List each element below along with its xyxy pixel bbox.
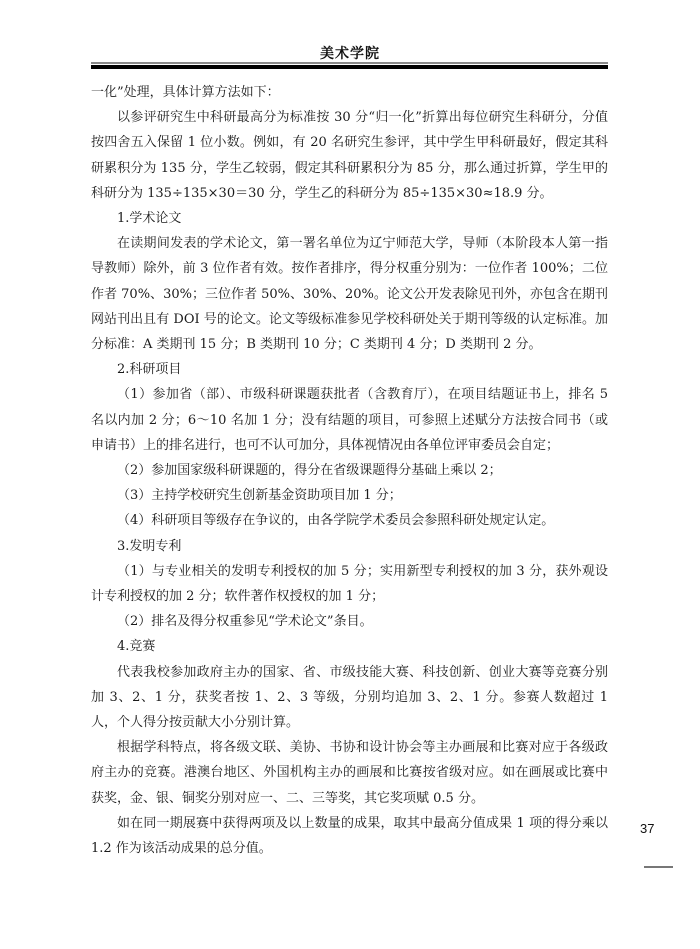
page-number-rule xyxy=(644,866,673,868)
paragraph-projects-2: （2）参加国家级科研课题的，得分在省级课题得分基础上乘以 2； xyxy=(91,458,608,483)
paragraph-competitions-1: 代表我校参加政府主办的国家、省、市级技能大赛、科技创新、创业大赛等竞赛分别加 3… xyxy=(91,660,608,736)
paragraph-projects-1: （1）参加省（部）、市级科研课题获批者（含教育厅），在项目结题证书上，排名 5 … xyxy=(91,382,608,458)
page-header-title: 美术学院 xyxy=(0,43,700,63)
paragraph-normalization: 以参评研究生中科研最高分为标准按 30 分“归一化”折算出每位研究生科研分，分值… xyxy=(91,105,608,206)
paragraph-competitions-3: 如在同一期展赛中获得两项及以上数量的成果，取其中最高分值成果 1 项的得分乘以 … xyxy=(91,811,608,861)
section-heading-patents: 3.发明专利 xyxy=(91,534,608,559)
header-rule-thick xyxy=(91,65,608,69)
paragraph-projects-4: （4）科研项目等级存在争议的，由各学院学术委员会参照科研处规定认定。 xyxy=(91,508,608,533)
page-number: 37 xyxy=(640,821,654,836)
paragraph-competitions-2: 根据学科特点，将各级文联、美协、书协和设计协会等主办画展和比赛对应于各级政府主办… xyxy=(91,735,608,811)
paragraph-projects-3: （3）主持学校研究生创新基金资助项目加 1 分； xyxy=(91,483,608,508)
header-rule-thin xyxy=(91,62,608,64)
document-body: 一化”处理，具体计算方法如下： 以参评研究生中科研最高分为标准按 30 分“归一… xyxy=(91,80,608,861)
section-heading-projects: 2.科研项目 xyxy=(91,357,608,382)
paragraph-patents-2: （2）排名及得分权重参见“学术论文”条目。 xyxy=(91,609,608,634)
section-heading-competitions: 4.竞赛 xyxy=(91,634,608,659)
paragraph-papers: 在读期间发表的学术论文，第一署名单位为辽宁师范大学，导师（本阶段本人第一指导教师… xyxy=(91,231,608,357)
paragraph-continuation: 一化”处理，具体计算方法如下： xyxy=(91,80,608,105)
paragraph-patents-1: （1）与专业相关的发明专利授权的加 5 分；实用新型专利授权的加 3 分，获外观… xyxy=(91,559,608,609)
section-heading-papers: 1.学术论文 xyxy=(91,206,608,231)
